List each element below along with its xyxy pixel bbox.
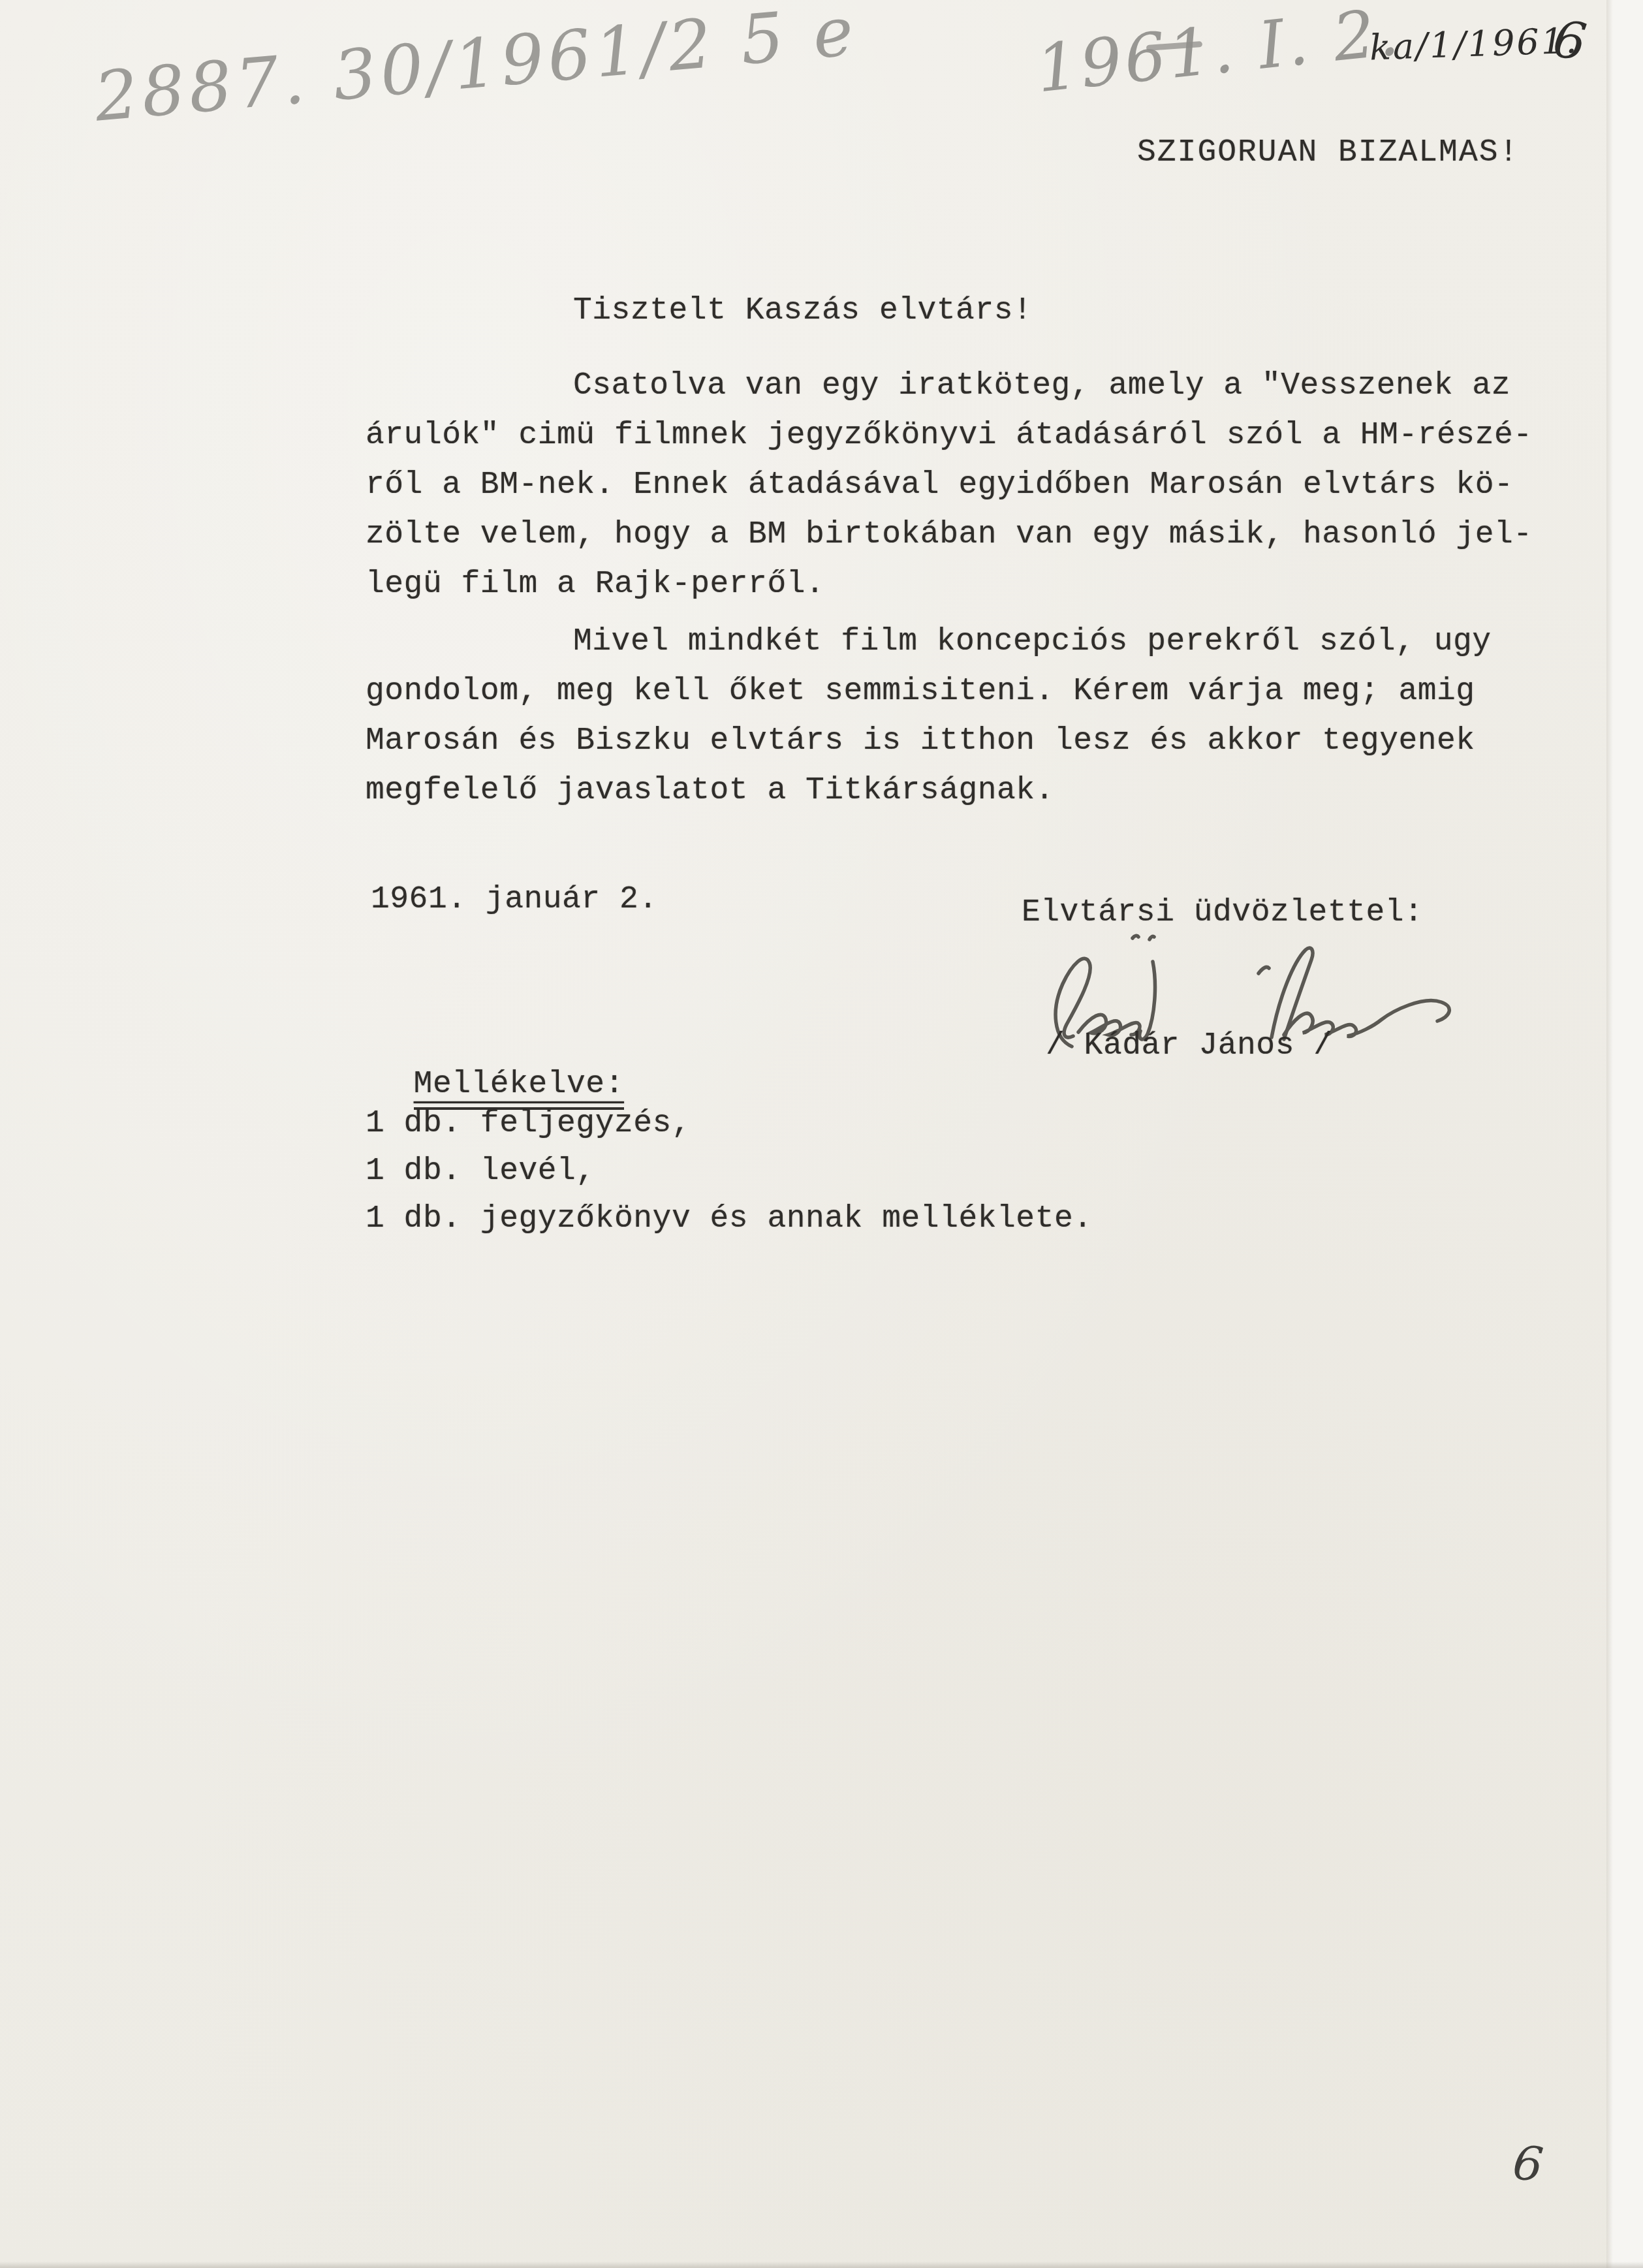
paragraph2-line3: Marosán és Biszku elvtárs is itthon lesz… <box>366 724 1475 759</box>
paper-background <box>0 0 1643 2268</box>
paragraph2-line4: megfelelő javaslatot a Titkárságnak. <box>366 774 1054 808</box>
paragraph2-line1: Mivel mindkét film koncepciós perekről s… <box>573 625 1492 659</box>
paragraph1-line4: zölte velem, hogy a BM birtokában van eg… <box>366 518 1533 552</box>
date-line: 1961. január 2. <box>371 883 658 917</box>
paragraph1-line5: legü film a Rajk-perről. <box>366 567 824 602</box>
folio-number-bottom: 6 <box>1510 2135 1546 2192</box>
enclosure-item-1: 1 db. feljegyzés, <box>366 1107 691 1141</box>
paragraph1-line1: Csatolva van egy iratköteg, amely a "Ves… <box>573 369 1510 403</box>
scanned-letter-page: { "document": { "classification": "SZIGO… <box>0 0 1643 2268</box>
enclosure-item-2: 1 db. levél, <box>366 1154 595 1189</box>
paragraph2-line2: gondolom, meg kell őket semmisiteni. Kér… <box>366 674 1475 709</box>
enclosure-item-3: 1 db. jegyzőkönyv és annak melléklete. <box>366 1202 1093 1236</box>
signature-typed-name: / Kádár János / <box>1046 1029 1333 1063</box>
paragraph1-line2: árulók" cimü filmnek jegyzőkönyvi átadás… <box>366 418 1533 453</box>
scan-right-edge <box>1606 0 1643 2268</box>
enclosures-heading-text: Mellékelve: <box>414 1067 624 1110</box>
scan-bottom-edge <box>0 2261 1643 2268</box>
registry-ink-note: ka/1/1961. <box>1369 20 1579 68</box>
classification-label: SZIGORUAN BIZALMAS! <box>1137 136 1519 170</box>
enclosures-heading: Mellékelve: <box>375 1033 624 1110</box>
salutation-line: Tisztelt Kaszás elvtárs! <box>573 294 1032 328</box>
paragraph1-line3: ről a BM-nek. Ennek átadásával egyidőben… <box>366 468 1513 503</box>
